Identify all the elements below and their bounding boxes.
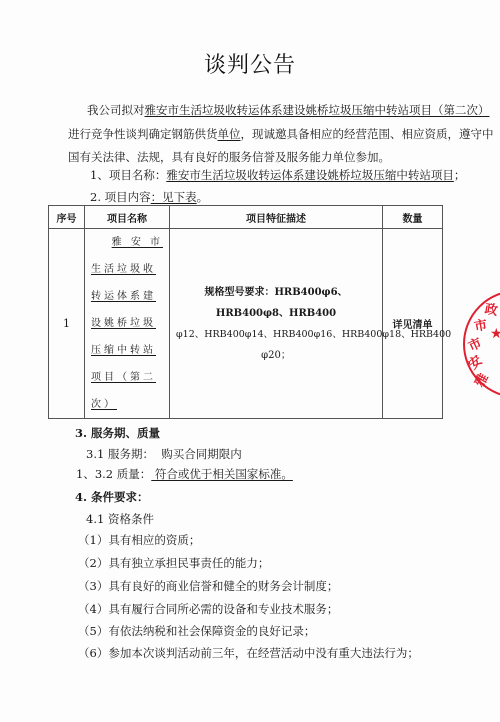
requirement-item-4: （4）具有履行合同所必需的设备和专业技术服务； (78, 602, 338, 616)
quality-label: 1、3.2 质量： (76, 467, 151, 481)
intro-line-1: 我公司拟对雅安市生活垃圾收转运体系建设姚桥垃圾压缩中转站项目（第二次） (87, 103, 490, 117)
service-period-label: 3.1 服务期： (86, 447, 154, 461)
table-row: 1 雅 安 市 生活垃圾收 转运体系建 设姚桥垃圾 压缩中转站 项目（第二 次）… (49, 229, 443, 419)
section4-heading: 4. 条件要求： (75, 490, 149, 504)
requirement-item-2: （2）具有独立承担民事责任的能力； (78, 556, 269, 570)
name-line: 压缩中转站 (91, 345, 156, 356)
quality-line: 1、3.2 质量： 符合或优于相关国家标准。 (76, 467, 293, 481)
project-content-label: 2. 项目内容 (90, 190, 151, 204)
requirement-item-6: （6）参加本次谈判活动前三年，在经营活动中没有重大违法行为； (78, 646, 419, 660)
section3-heading: 3. 服务期、质量 (75, 426, 160, 440)
project-table: 序号 项目名称 项目特征描述 数量 1 雅 安 市 生活垃圾收 转运体系建 设姚… (48, 205, 443, 419)
row-spec: 规格型号要求：HRB400φ6、HRB400φ8、HRB400 φ12、HRB4… (170, 229, 383, 419)
intro-line2-prefix: 进行竞争性谈判确定钢筋供货 (68, 127, 218, 141)
service-period-line: 3.1 服务期： 购买合同期限内 (86, 447, 242, 461)
intro-line-2: 进行竞争性谈判确定钢筋供货单位，现诚邀具备相应的经营范围、相应资质，遵守中 (68, 127, 494, 141)
header-no: 序号 (49, 206, 85, 229)
spec-line: φ20； (176, 345, 376, 366)
qualification-heading: 4.1 资格条件 (86, 512, 154, 526)
project-name-line: 1、项目名称：雅安市生活垃圾收转运体系建设姚桥垃圾压缩中转站项目； (90, 168, 465, 182)
page-title: 谈判公告 (0, 48, 500, 79)
name-line: 设姚桥垃圾 (91, 318, 156, 329)
row-qty: 详见清单 (383, 229, 443, 419)
requirement-item-1: （1）具有相应的资质； (78, 533, 200, 547)
star-icon: ★ (490, 326, 500, 342)
intro-line-3: 国有关法律、法规，具有良好的服务信誉及服务能力单位参加。 (68, 150, 390, 164)
project-content-line: 2. 项目内容：见下表。 (90, 190, 208, 204)
intro-line2-suffix: ，现诚邀具备相应的经营范围、相应资质，遵守中 (241, 127, 494, 141)
project-name-suffix: ； (454, 168, 466, 182)
name-line: 转运体系建 (91, 291, 156, 302)
project-name-label: 1、项目名称： (90, 168, 166, 182)
spec-line: φ12、HRB400φ14、HRB400φ16、HRB400φ18、HRB400 (176, 324, 376, 345)
project-content-value: ：见下表 (151, 190, 197, 204)
header-name: 项目名称 (85, 206, 170, 229)
project-content-suffix: 。 (197, 190, 209, 204)
header-qty: 数量 (383, 206, 443, 229)
name-line: 生活垃圾收 (91, 264, 156, 275)
intro-project-name: 雅安市生活垃圾收转运体系建设姚桥垃圾压缩中转站项目（第二次） (145, 103, 490, 117)
header-spec: 项目特征描述 (170, 206, 383, 229)
intro-unit: 单位 (218, 127, 241, 141)
name-line: 次） (91, 399, 117, 410)
requirement-item-5: （5）有依法纳税和社会保障资金的良好记录； (78, 624, 315, 638)
service-period-value: 购买合同期限内 (161, 447, 242, 461)
row-no: 1 (49, 229, 85, 419)
project-name-value: 雅安市生活垃圾收转运体系建设姚桥垃圾压缩中转站项目 (166, 168, 454, 182)
table-header-row: 序号 项目名称 项目特征描述 数量 (49, 206, 443, 229)
quality-value: 符合或优于相关国家标准。 (151, 467, 293, 481)
intro-prefix: 我公司拟对 (87, 103, 145, 117)
requirement-item-3: （3）具有良好的商业信誉和健全的财务会计制度； (78, 579, 338, 593)
spec-line: 规格型号要求：HRB400φ6、HRB400φ8、HRB400 (176, 282, 376, 324)
name-line: 项目（第二 (91, 372, 156, 383)
row-name: 雅 安 市 生活垃圾收 转运体系建 设姚桥垃圾 压缩中转站 项目（第二 次） (85, 229, 170, 419)
name-line: 雅 安 市 (112, 237, 163, 248)
